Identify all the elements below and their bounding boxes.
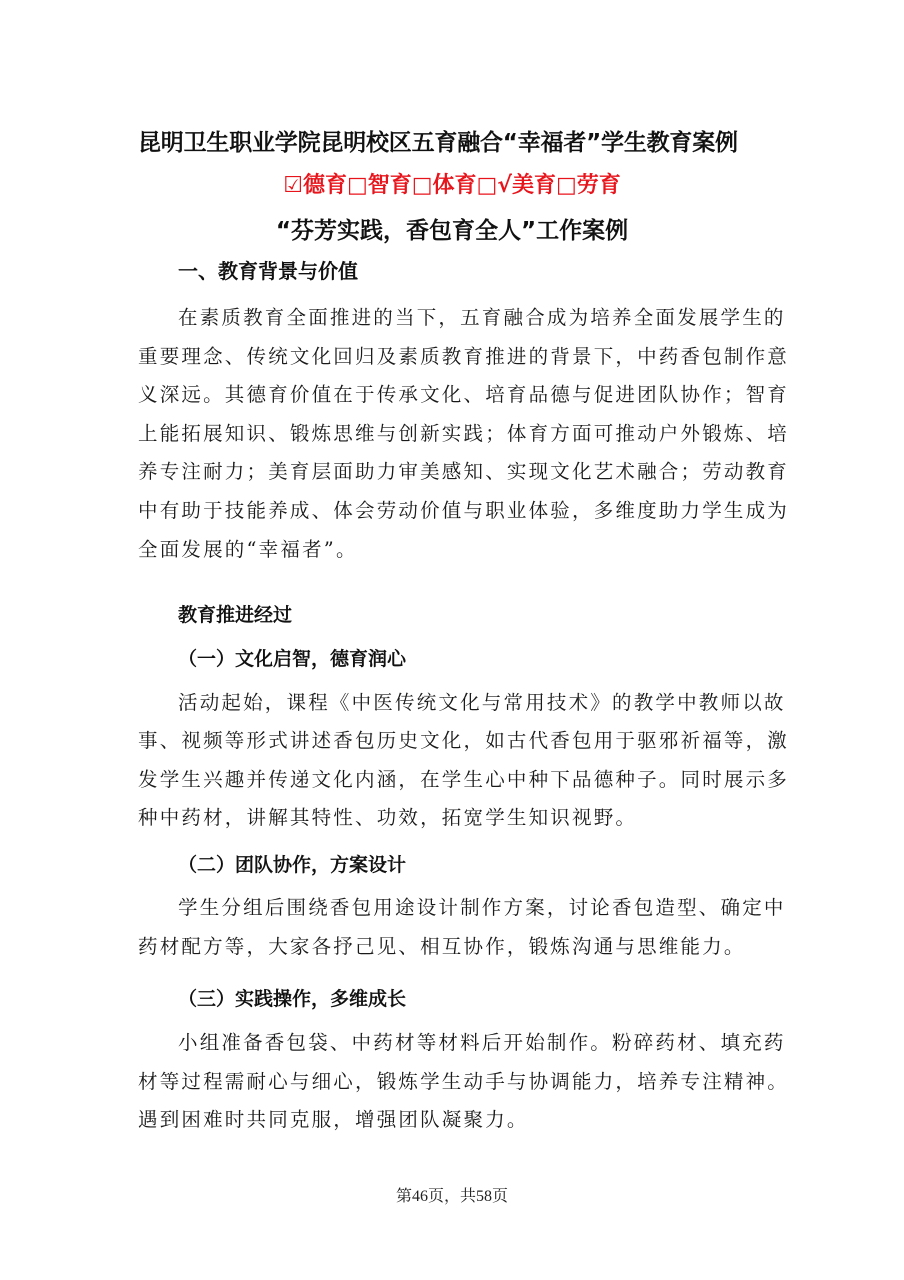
page-number-footer: 第46页，共58页 bbox=[0, 1183, 904, 1206]
subsection-heading-culture: （一）文化启智，德育润心 bbox=[178, 644, 406, 671]
paragraph-line: 小组准备香包袋、中药材等材料后开始制作。粉碎药材、填充药 bbox=[178, 1027, 786, 1055]
paragraph-line: 养专注耐力；美育层面助力审美感知、实现文化艺术融合；劳动教育 bbox=[138, 456, 789, 484]
paragraph-line: 药材配方等，大家各抒己见、相互协作，锻炼沟通与思维能力。 bbox=[138, 931, 746, 959]
paragraph-line: 发学生兴趣并传递文化内涵，在学生心中种下品德种子。同时展示多 bbox=[138, 764, 789, 792]
document-title: 昆明卫生职业学院昆明校区五育融合“幸福者”学生教育案例 bbox=[138, 124, 778, 157]
education-category-checklist: ☑德育□智育□体育□√美育□劳育 bbox=[0, 168, 904, 199]
paragraph-line: 在素质教育全面推进的当下，五育融合成为培养全面发展学生的 bbox=[178, 302, 786, 330]
paragraph-line: 重要理念、传统文化回归及素质教育推进的背景下，中药香包制作意 bbox=[138, 341, 789, 369]
document-page: 昆明卫生职业学院昆明校区五育融合“幸福者”学生教育案例 ☑德育□智育□体育□√美… bbox=[0, 0, 904, 1280]
section-heading-background: 一、教育背景与价值 bbox=[178, 255, 358, 284]
subsection-heading-teamwork: （二）团队协作，方案设计 bbox=[178, 850, 406, 877]
paragraph-line: 种中药材，讲解其特性、功效，拓宽学生知识视野。 bbox=[138, 802, 637, 830]
paragraph-line: 学生分组后围绕香包用途设计制作方案，讨论香包造型、确定中 bbox=[178, 892, 786, 920]
paragraph-line: 遇到困难时共同克服，增强团队凝聚力。 bbox=[138, 1104, 529, 1132]
paragraph-line: 活动起始，课程《中医传统文化与常用技术》的教学中教师以故 bbox=[178, 687, 786, 715]
paragraph-line: 上能拓展知识、锻炼思维与创新实践；体育方面可推动户外锻炼、培 bbox=[138, 418, 789, 446]
paragraph-line: 中有助于技能养成、体会劳动价值与职业体验，多维度助力学生成为 bbox=[138, 495, 789, 523]
paragraph-line: 材等过程需耐心与细心，锻炼学生动手与协调能力，培养专注精神。 bbox=[138, 1066, 789, 1094]
case-subtitle: “芬芳实践，香包育全人”工作案例 bbox=[0, 212, 904, 245]
subsection-heading-practice: （三）实践操作，多维成长 bbox=[178, 984, 406, 1011]
paragraph-line: 事、视频等形式讲述香包历史文化，如古代香包用于驱邪祈福等，激 bbox=[138, 725, 789, 753]
section-heading-process: 教育推进经过 bbox=[178, 600, 292, 627]
paragraph-line: 全面发展的“幸福者”。 bbox=[138, 534, 358, 562]
paragraph-line: 义深远。其德育价值在于传承文化、培育品德与促进团队协作；智育 bbox=[138, 379, 789, 407]
